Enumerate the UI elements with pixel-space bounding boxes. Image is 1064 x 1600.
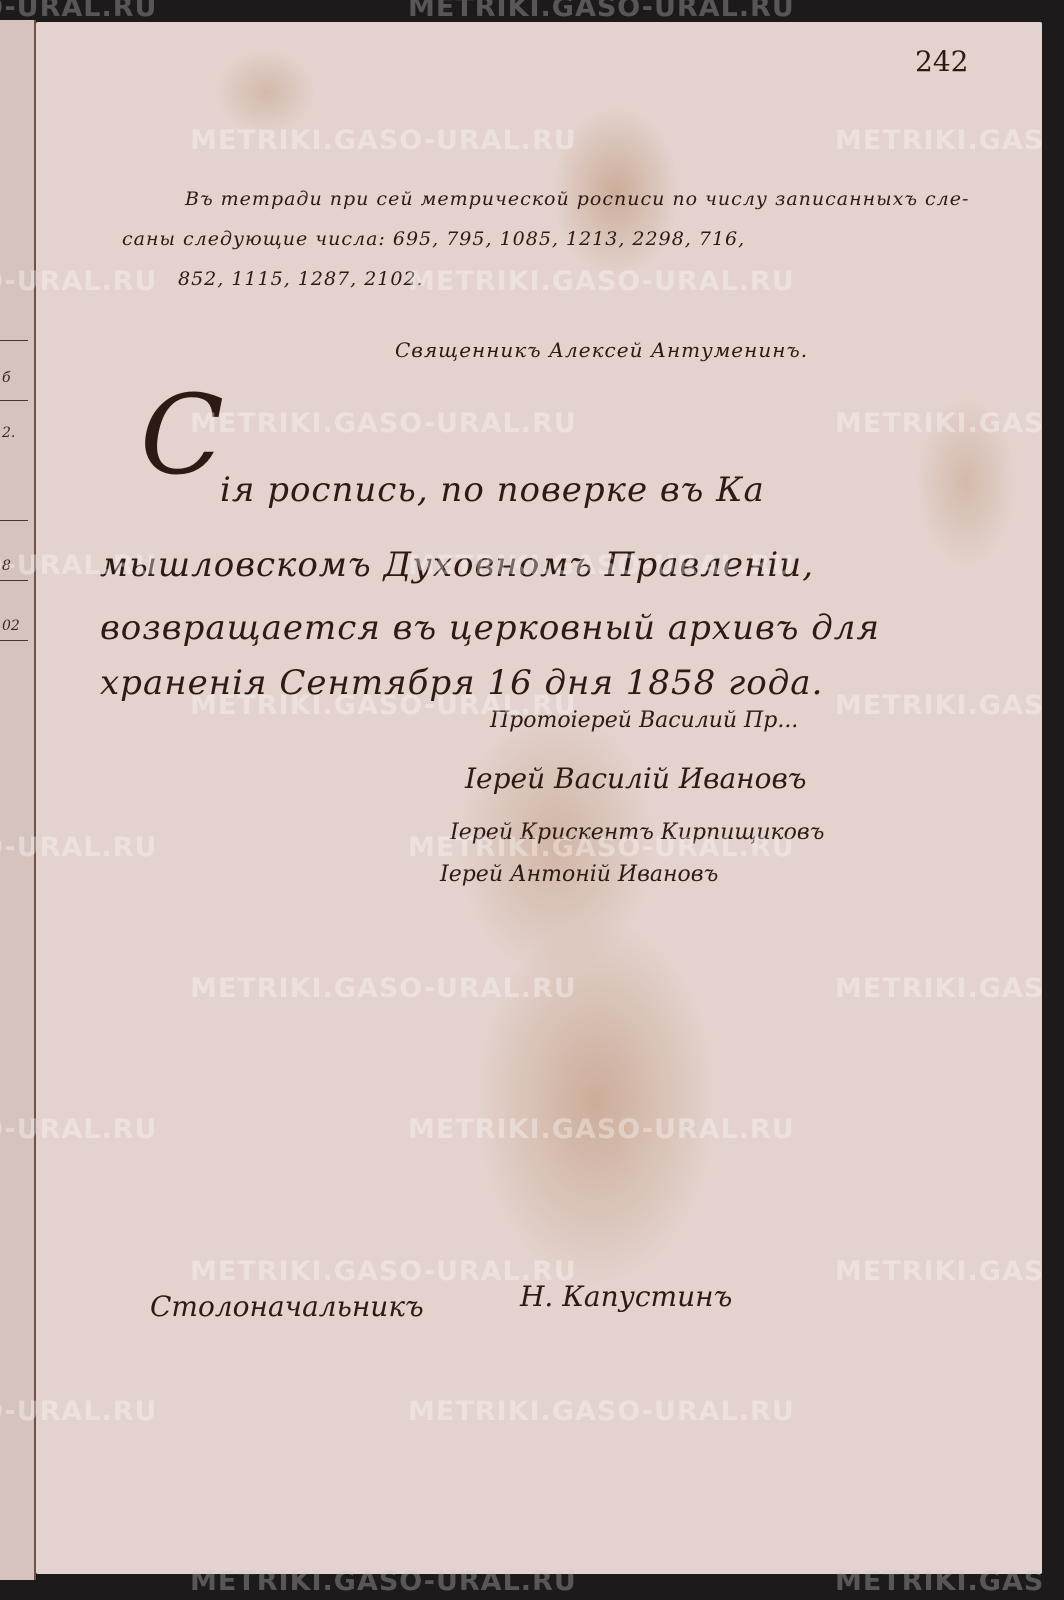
watermark: METRIKI.GASO-URAL.RU: [408, 266, 795, 297]
signature-2: Іерей Василій Ивановъ: [465, 762, 806, 795]
note-signature: Священникъ Алексей Антуменинъ.: [395, 338, 808, 362]
watermark: O-URAL.RU: [0, 550, 157, 581]
adjacent-page-edge: б 2. 8 02: [0, 20, 36, 1580]
main-line-1: ія роспись, по поверке въ Ка: [220, 470, 765, 510]
table-rule: [0, 340, 28, 341]
watermark: O-URAL.RU: [0, 1114, 157, 1145]
watermark: METRIKI.GAS: [835, 973, 1044, 1004]
watermark: O-URAL.RU: [0, 1396, 157, 1427]
watermark: METRIKI.GASO-URAL.RU: [408, 1396, 795, 1427]
table-rule: [0, 640, 28, 641]
main-line-3: возвращается въ церковный архивъ для: [100, 608, 880, 648]
signature-4: Іерей Антоній Ивановъ: [440, 862, 718, 887]
table-rule: [0, 400, 28, 401]
watermark: METRIKI.GAS: [835, 125, 1044, 156]
document-page: [36, 22, 1042, 1574]
note-line-1: Въ тетради при сей метрической росписи п…: [185, 188, 969, 210]
table-rule: [0, 520, 28, 521]
watermark: METRIKI.GASO-URAL.RU: [408, 1114, 795, 1145]
margin-mark: 02: [2, 618, 20, 634]
watermark: METRIKI.GASO-URAL.RU: [190, 408, 577, 439]
page-number: 242: [915, 45, 968, 78]
watermark: METRIKI.GASO-URAL.RU: [190, 973, 577, 1004]
watermark: METRIKI.GASO-URAL.RU: [190, 690, 577, 721]
watermark: METRIKI.GASO-URAL.RU: [190, 1566, 577, 1597]
note-line-3: 852, 1115, 1287, 2102.: [178, 268, 424, 290]
watermark: METRIKI.GAS: [835, 408, 1044, 439]
note-line-2: саны следующие числа: 695, 795, 1085, 12…: [122, 228, 745, 250]
watermark: O-URAL.RU: [0, 0, 157, 23]
margin-mark: 2.: [2, 425, 15, 441]
watermark: METRIKI.GASO-URAL.RU: [408, 550, 795, 581]
watermark: METRIKI.GAS: [835, 1566, 1044, 1597]
watermark: O-URAL.RU: [0, 266, 157, 297]
watermark: METRIKI.GASO-URAL.RU: [408, 0, 795, 23]
margin-mark: б: [2, 370, 11, 386]
watermark: METRIKI.GAS: [835, 690, 1044, 721]
footer-signature-label: Столоначальникъ: [150, 1290, 424, 1323]
watermark: METRIKI.GASO-URAL.RU: [408, 832, 795, 863]
watermark: METRIKI.GAS: [835, 1256, 1044, 1287]
watermark: METRIKI.GASO-URAL.RU: [190, 125, 577, 156]
watermark: O-URAL.RU: [0, 832, 157, 863]
watermark: METRIKI.GASO-URAL.RU: [190, 1256, 577, 1287]
